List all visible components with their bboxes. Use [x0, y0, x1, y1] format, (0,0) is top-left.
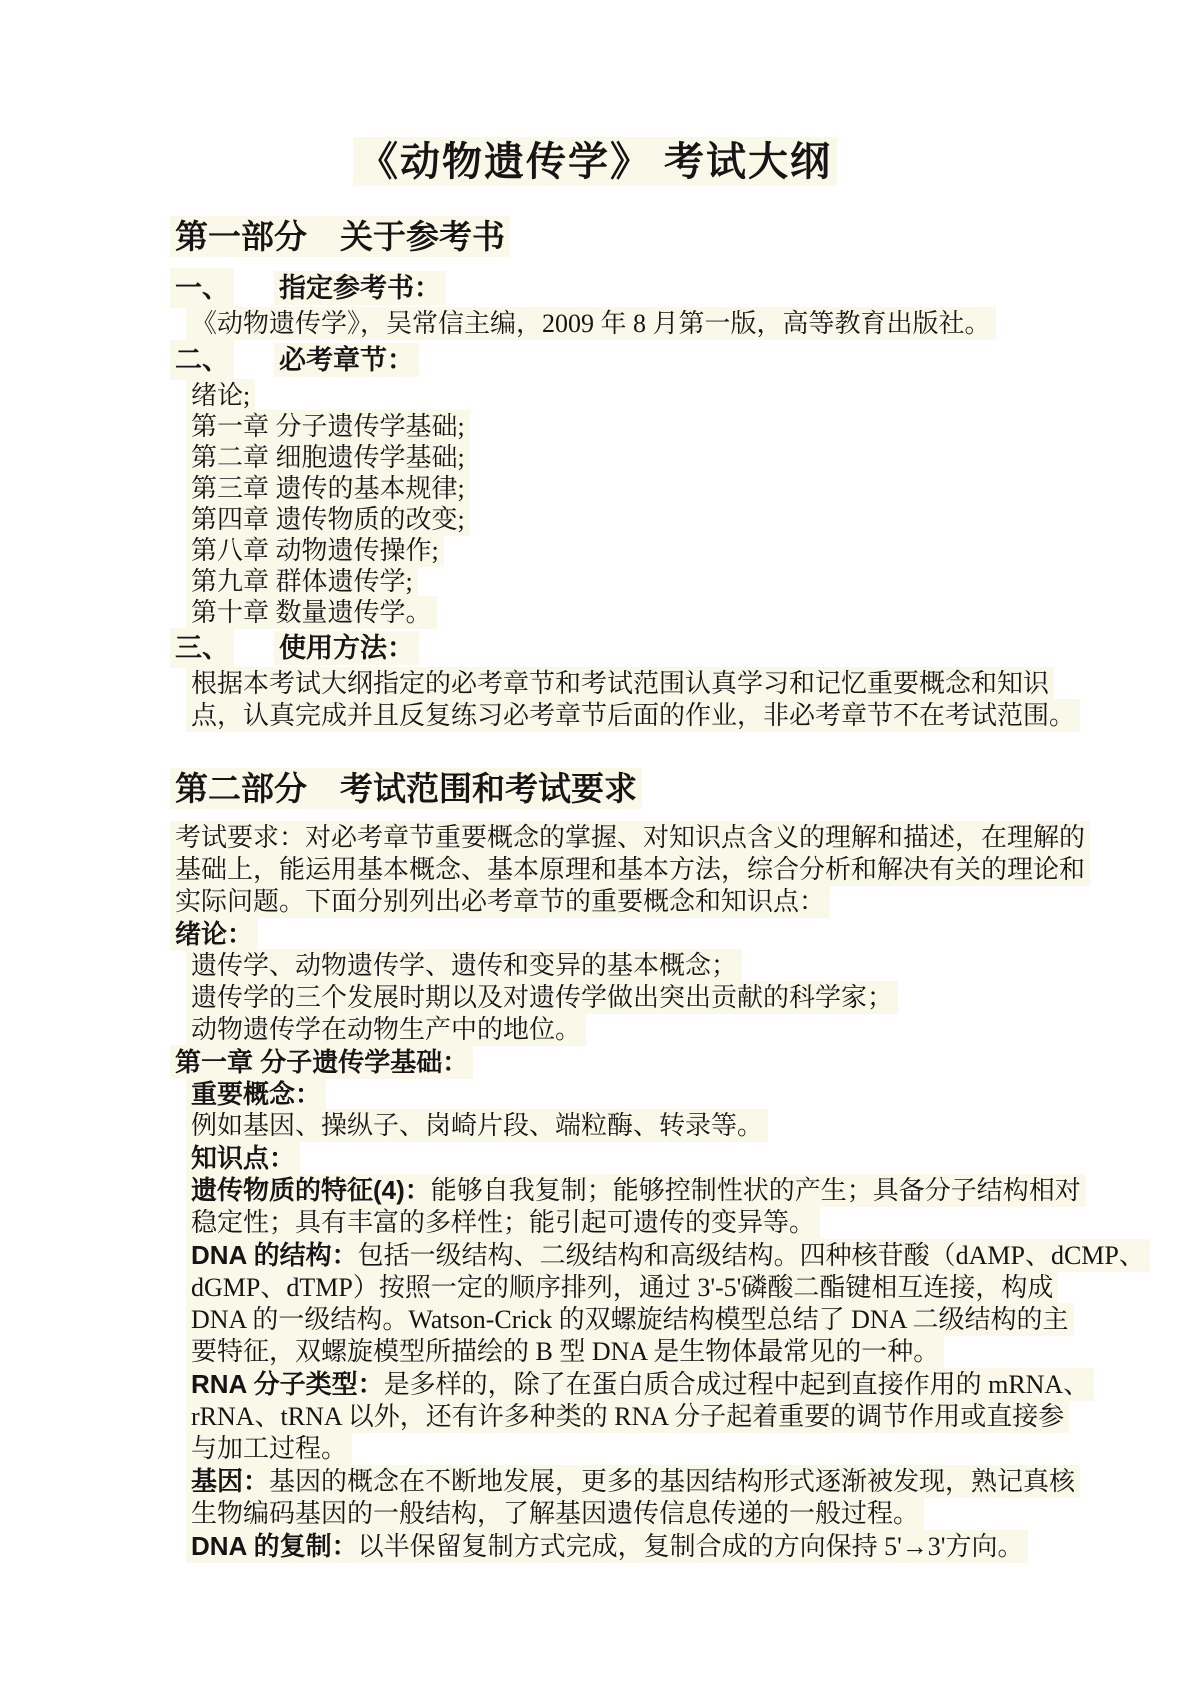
points-heading: 知识点：: [186, 1141, 300, 1175]
knowledge-point-term: 遗传物质的特征(4)：: [191, 1175, 431, 1205]
usage-line: 点，认真完成并且反复练习必考章节后面的作业，非必考章节不在考试范围。: [170, 700, 1050, 732]
chapter-list-item: 绪论;: [170, 380, 1050, 411]
document-title: 《动物遗传学》 考试大纲: [353, 137, 837, 186]
knowledge-point-text: 基因的概念在不断地发展，更多的基因结构形式逐渐被发现，熟记真核: [269, 1467, 1075, 1496]
points-heading-row: 知识点：: [170, 1142, 1050, 1174]
knowledge-point-line: 生物编码基因的一般结构，了解基因遗传信息传递的一般过程。: [170, 1498, 1050, 1530]
knowledge-point-text: 生物编码基因的一般结构，了解基因遗传信息传递的一般过程。: [186, 1497, 924, 1530]
knowledge-point-term: DNA 的复制：: [191, 1531, 358, 1561]
part1-item2-label: 必考章节：: [274, 343, 419, 377]
chapter-item-text: 第四章 遗传物质的改变;: [186, 503, 470, 536]
exam-requirements-line: 考试要求：对必考章节重要概念的掌握、对知识点含义的理解和描述，在理解的: [170, 822, 1050, 854]
chapter-item-text: 绪论;: [186, 379, 255, 412]
part1-heading: 第一部分 关于参考书: [170, 216, 510, 257]
xulun-text: 遗传学的三个发展时期以及对遗传学做出突出贡献的科学家；: [186, 981, 898, 1014]
knowledge-point-line: 基因：基因的概念在不断地发展，更多的基因结构形式逐渐被发现，熟记真核: [170, 1465, 1050, 1498]
knowledge-point-line: DNA 的一级结构。Watson-Crick 的双螺旋结构模型总结了 DNA 二…: [170, 1304, 1050, 1336]
chapter-item-text: 第二章 细胞遗传学基础;: [186, 441, 470, 474]
knowledge-point-text: rRNA、tRNA 以外，还有许多种类的 RNA 分子起着重要的调节作用或直接参: [186, 1400, 1069, 1433]
exam-requirements-text: 考试要求：对必考章节重要概念的掌握、对知识点含义的理解和描述，在理解的: [170, 821, 1090, 854]
part1-item3-number: 三、: [170, 628, 234, 668]
chapter-item-text: 第九章 群体遗传学;: [186, 565, 418, 598]
knowledge-point-text: 能够自我复制；能够控制性状的产生；具备分子结构相对: [431, 1176, 1081, 1205]
exam-requirements-line: 基础上，能运用基本概念、基本原理和基本方法，综合分析和解决有关的理论和: [170, 854, 1050, 886]
chapter-list-item: 第一章 分子遗传学基础;: [170, 411, 1050, 442]
part1-item3-row: 三、使用方法：: [170, 628, 1050, 668]
exam-requirements-text: 基础上，能运用基本概念、基本原理和基本方法，综合分析和解决有关的理论和: [170, 853, 1090, 886]
knowledge-point-line: DNA 的结构：包括一级结构、二级结构和高级结构。四种核苷酸（dAMP、dCMP…: [170, 1239, 1050, 1272]
knowledge-point-text: DNA 的一级结构。Watson-Crick 的双螺旋结构模型总结了 DNA 二…: [186, 1303, 1074, 1336]
part1-item1-label: 指定参考书：: [274, 271, 446, 305]
knowledge-point-text: 稳定性；具有丰富的多样性；能引起可遗传的变异等。: [186, 1206, 820, 1239]
exam-requirements-line: 实际问题。下面分别列出必考章节的重要概念和知识点：: [170, 886, 1050, 918]
usage-text: 点，认真完成并且反复练习必考章节后面的作业，非必考章节不在考试范围。: [186, 699, 1080, 732]
part1-item2-row: 二、必考章节：: [170, 340, 1050, 380]
part1-item1-row: 一、指定参考书：: [170, 268, 1050, 308]
knowledge-point-text: 是多样的，除了在蛋白质合成过程中起到直接作用的 mRNA、: [384, 1370, 1090, 1399]
knowledge-point-line: 要特征，双螺旋模型所描绘的 B 型 DNA 是生物体最常见的一种。: [170, 1336, 1050, 1368]
chapter-item-text: 第一章 分子遗传学基础;: [186, 410, 470, 443]
knowledge-point-line: rRNA、tRNA 以外，还有许多种类的 RNA 分子起着重要的调节作用或直接参: [170, 1401, 1050, 1433]
usage-line: 根据本考试大纲指定的必考章节和考试范围认真学习和记忆重要概念和知识: [170, 668, 1050, 700]
chapter-item-text: 第八章 动物遗传操作;: [186, 534, 444, 567]
knowledge-point-text: 以半保留复制方式完成，复制合成的方向保持 5'→3'方向。: [358, 1532, 1024, 1561]
knowledge-point-line: 稳定性；具有丰富的多样性；能引起可遗传的变异等。: [170, 1207, 1050, 1239]
knowledge-point-line: RNA 分子类型：是多样的，除了在蛋白质合成过程中起到直接作用的 mRNA、: [170, 1368, 1050, 1401]
chapter-list-item: 第十章 数量遗传学。: [170, 597, 1050, 628]
chapter-item-text: 第十章 数量遗传学。: [186, 596, 437, 629]
part1-heading-row: 第一部分 关于参考书: [170, 216, 1050, 258]
knowledge-point-term: 基因：: [191, 1466, 269, 1496]
knowledge-point-text: 包括一级结构、二级结构和高级结构。四种核苷酸（dAMP、dCMP、: [358, 1241, 1145, 1270]
part1-item2-number: 二、: [170, 340, 234, 380]
concepts-heading: 重要概念：: [186, 1077, 326, 1111]
chapter1-heading-row: 第一章 分子遗传学基础：: [170, 1046, 1050, 1078]
document-page: 《动物遗传学》 考试大纲 第一部分 关于参考书 一、指定参考书： 《动物遗传学》…: [0, 0, 1190, 1683]
chapter-item-text: 第三章 遗传的基本规律;: [186, 472, 470, 505]
knowledge-point-line: 遗传物质的特征(4)：能够自我复制；能够控制性状的产生；具备分子结构相对: [170, 1174, 1050, 1207]
xulun-line: 遗传学、动物遗传学、遗传和变异的基本概念；: [170, 950, 1050, 982]
chapter-list-item: 第二章 细胞遗传学基础;: [170, 442, 1050, 473]
knowledge-point-line: dGMP、dTMP）按照一定的顺序排列，通过 3'-5'磷酸二酯键相互连接，构成: [170, 1272, 1050, 1304]
xulun-text: 动物遗传学在动物生产中的地位。: [186, 1013, 586, 1046]
chapter1-heading: 第一章 分子遗传学基础：: [170, 1045, 473, 1079]
chapter-list-item: 第九章 群体遗传学;: [170, 566, 1050, 597]
xulun-line: 遗传学的三个发展时期以及对遗传学做出突出贡献的科学家；: [170, 982, 1050, 1014]
part1-item3-label: 使用方法：: [274, 631, 419, 665]
chapter-list-item: 第四章 遗传物质的改变;: [170, 504, 1050, 535]
part2-heading: 第二部分 考试范围和考试要求: [170, 768, 642, 809]
knowledge-point-term: RNA 分子类型：: [191, 1369, 384, 1399]
concepts-body-row: 例如基因、操纵子、岗崎片段、端粒酶、转录等。: [170, 1110, 1050, 1142]
knowledge-point-term: DNA 的结构：: [191, 1240, 358, 1270]
reference-book-text: 《动物遗传学》，吴常信主编，2009 年 8 月第一版，高等教育出版社。: [186, 307, 996, 340]
xulun-heading-row: 绪论：: [170, 918, 1050, 950]
document-title-row: 《动物遗传学》 考试大纲: [170, 138, 1020, 186]
exam-requirements-text: 实际问题。下面分别列出必考章节的重要概念和知识点：: [170, 885, 830, 918]
knowledge-point-text: dGMP、dTMP）按照一定的顺序排列，通过 3'-5'磷酸二酯键相互连接，构成: [186, 1271, 1058, 1304]
knowledge-point-text: 与加工过程。: [186, 1432, 352, 1465]
knowledge-point-line: 与加工过程。: [170, 1433, 1050, 1465]
part1-item1-number: 一、: [170, 268, 234, 308]
chapter-list-item: 第八章 动物遗传操作;: [170, 535, 1050, 566]
xulun-text: 遗传学、动物遗传学、遗传和变异的基本概念；: [186, 949, 742, 982]
knowledge-point-text: 要特征，双螺旋模型所描绘的 B 型 DNA 是生物体最常见的一种。: [186, 1335, 944, 1368]
knowledge-point-line: DNA 的复制：以半保留复制方式完成，复制合成的方向保持 5'→3'方向。: [170, 1530, 1050, 1563]
concepts-heading-row: 重要概念：: [170, 1078, 1050, 1110]
xulun-heading: 绪论：: [170, 917, 258, 951]
part2-heading-row: 第二部分 考试范围和考试要求: [170, 768, 1050, 810]
chapter-list-item: 第三章 遗传的基本规律;: [170, 473, 1050, 504]
concepts-body-text: 例如基因、操纵子、岗崎片段、端粒酶、转录等。: [186, 1109, 768, 1142]
reference-book-row: 《动物遗传学》，吴常信主编，2009 年 8 月第一版，高等教育出版社。: [170, 308, 1050, 340]
xulun-line: 动物遗传学在动物生产中的地位。: [170, 1014, 1050, 1046]
usage-text: 根据本考试大纲指定的必考章节和考试范围认真学习和记忆重要概念和知识: [186, 667, 1054, 700]
